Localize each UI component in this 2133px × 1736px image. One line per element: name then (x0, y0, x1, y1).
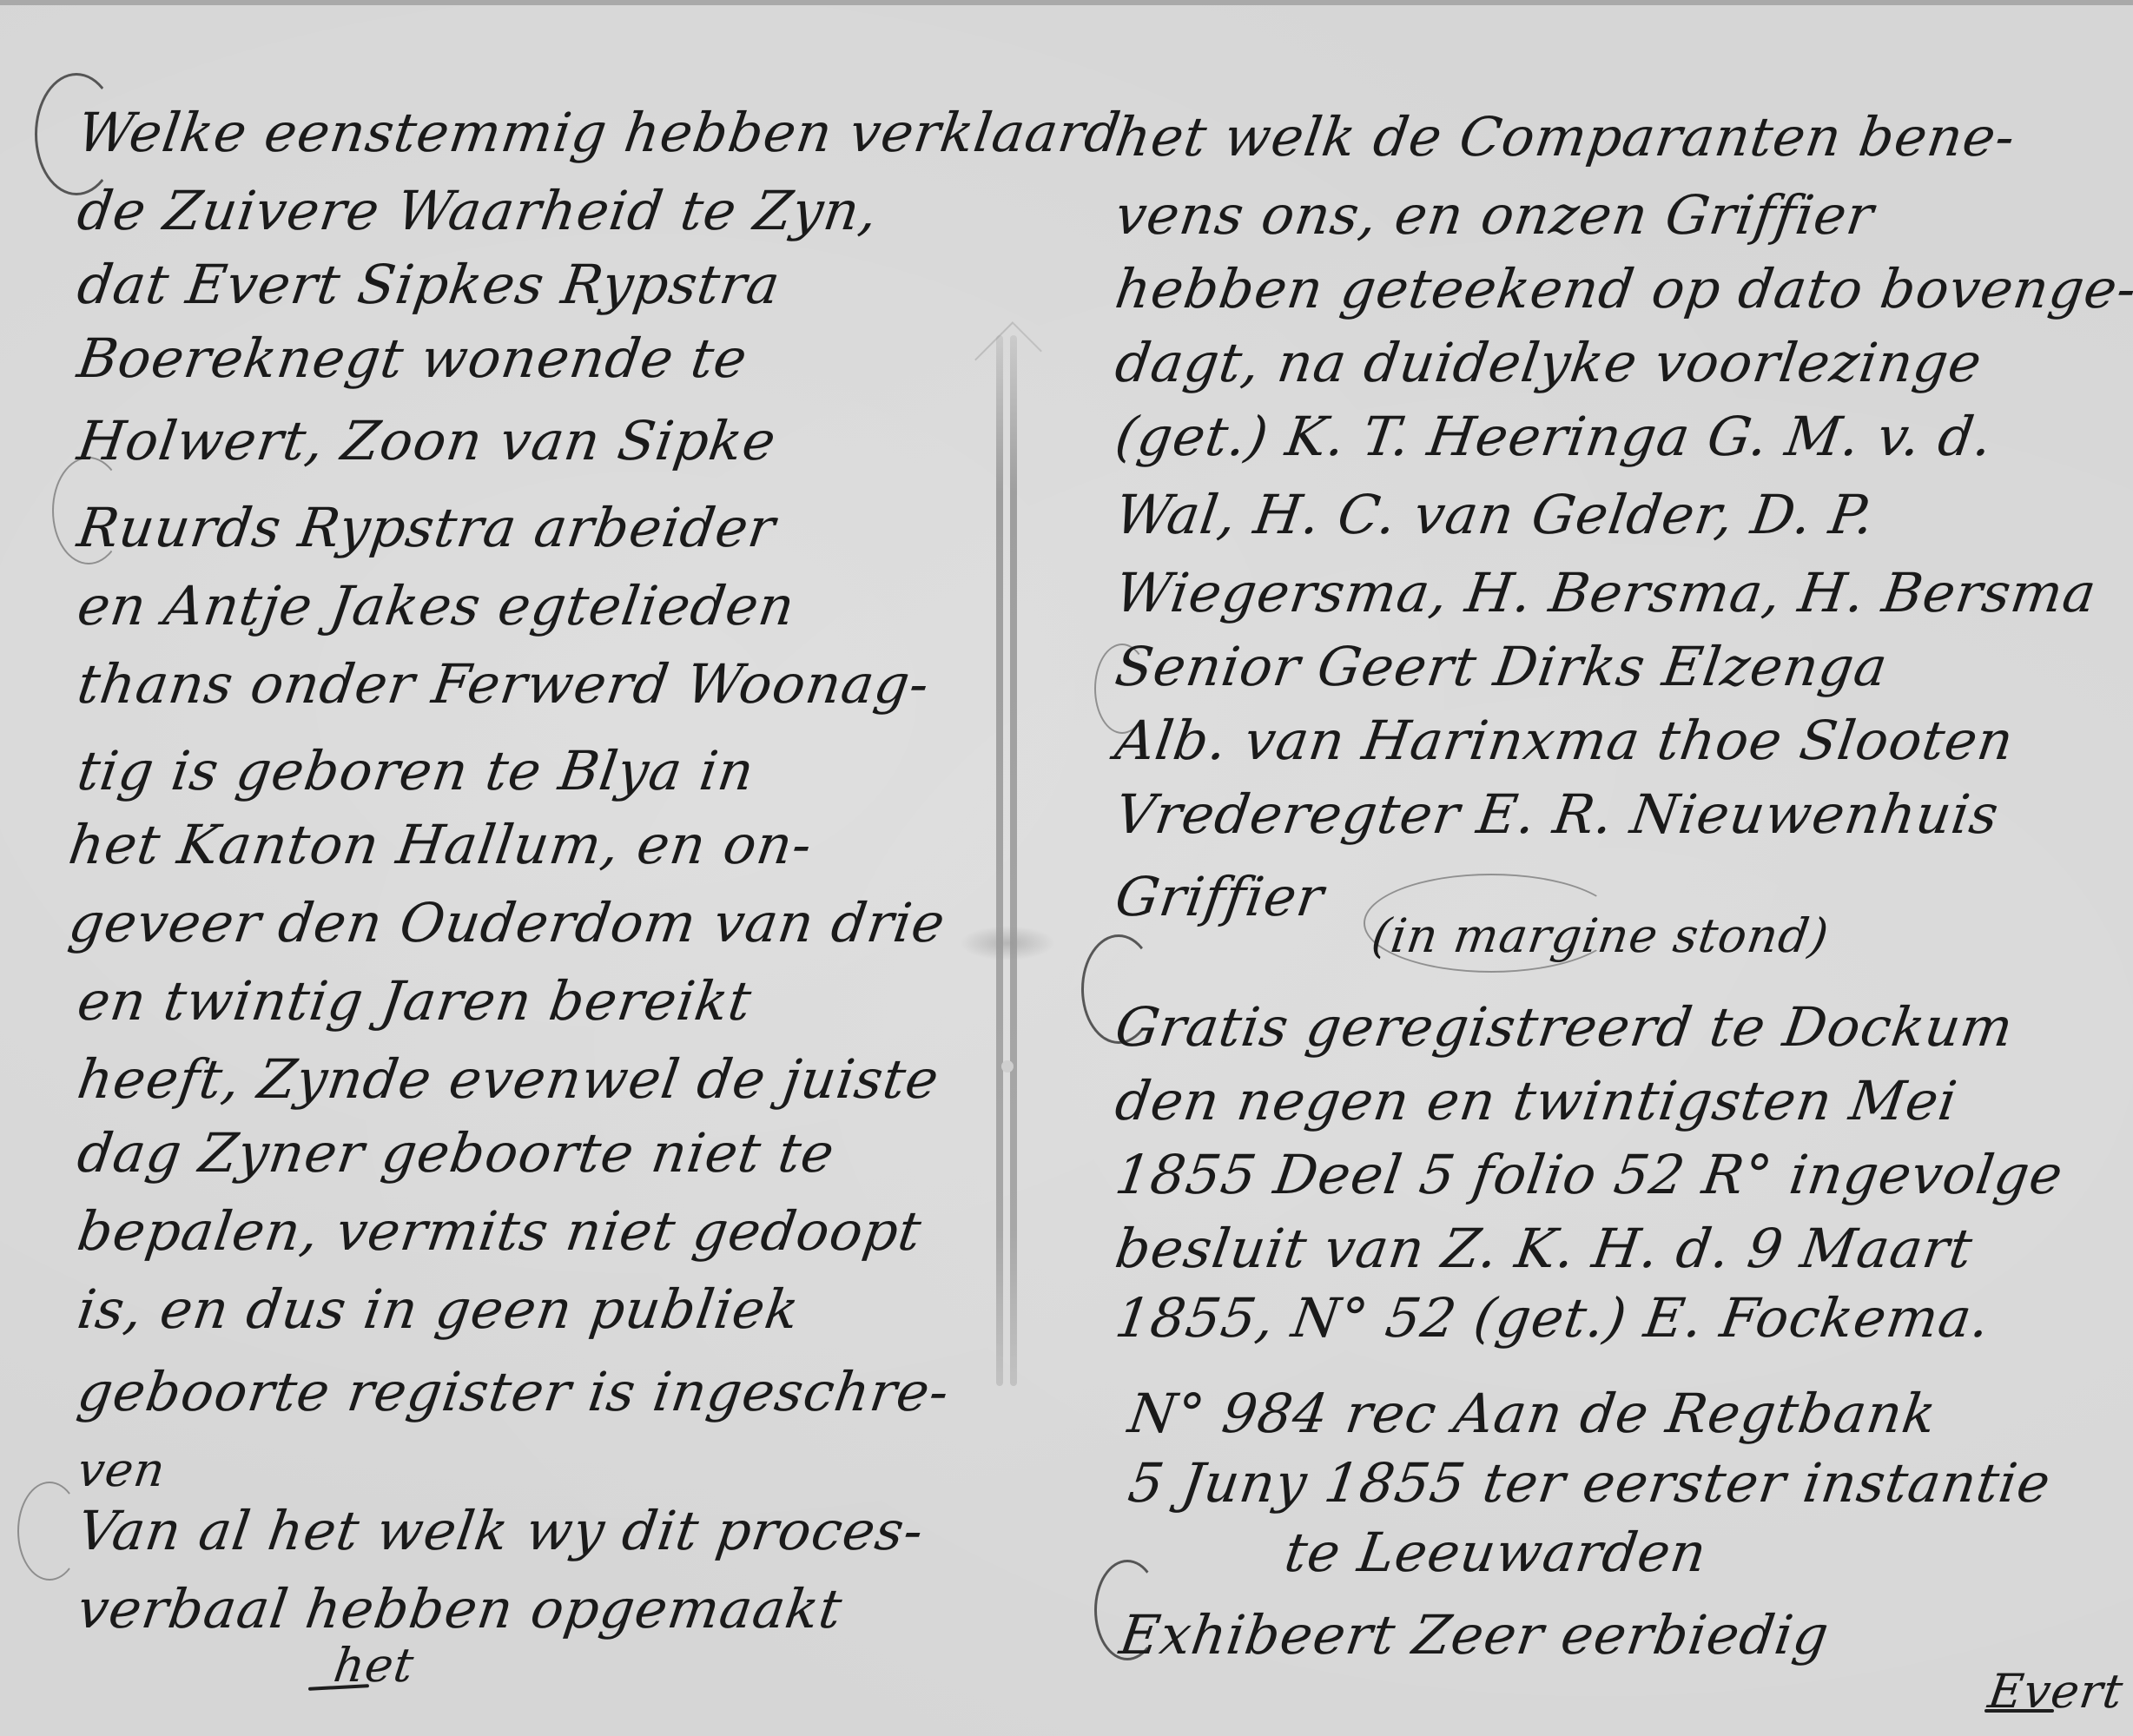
text-line: N° 984 rec Aan de Regtbank (1125, 1382, 1941, 1445)
text-line: hebben geteekend op dato bovenge- (1112, 257, 2133, 320)
text-line: Boereknegt wonende te (74, 327, 751, 390)
text-line: heeft, Zynde evenwel de juiste (74, 1047, 943, 1111)
text-line: dat Evert Sipkes Rypstra (74, 253, 784, 316)
thread-strand (1010, 335, 1017, 1386)
text-line: tig is geboren te Blya in (74, 739, 758, 802)
signature-underline (1984, 1709, 2054, 1713)
text-line: 1855 Deel 5 folio 52 R° ingevolge (1112, 1143, 2067, 1206)
thread-strand (996, 335, 1003, 1386)
text-line: en twintig Jaren bereikt (74, 969, 756, 1033)
text-line: den negen en twintigsten Mei (1112, 1069, 1961, 1132)
text-line: Griffier (1112, 865, 1328, 928)
text-line: en Antje Jakes egtelieden (74, 574, 799, 637)
text-line: geboorte register is ingeschre- (74, 1360, 954, 1423)
right-page: het welk de Comparanten bene- vens ons, … (1025, 5, 2133, 1736)
text-line: te Leeuwarden (1281, 1521, 1711, 1584)
text-line: het welk de Comparanten bene- (1112, 105, 2019, 168)
margin-note: (in margine stond) (1369, 908, 1833, 963)
text-line: 5 Juny 1855 ter eerster instantie (1125, 1451, 2055, 1515)
text-line: (get.) K. T. Heeringa G. M. v. d. (1112, 405, 1997, 468)
text-line: dag Zyner geboorte niet te (74, 1121, 839, 1185)
text-line: Alb. van Harinxma thoe Slooten (1112, 709, 2018, 772)
text-line: Gratis geregistreerd te Dockum (1112, 995, 2017, 1059)
text-line: Ruurds Rypstra arbeider (74, 496, 780, 559)
left-page: Welke eenstemmig hebben verklaard de Zui… (0, 5, 999, 1736)
text-line: Holwert, Zoon van Sipke (74, 409, 780, 472)
text-line: Vrederegter E. R. Nieuwenhuis (1112, 782, 2003, 846)
text-line: het (331, 1638, 418, 1693)
text-line: Van al het welk wy dit proces- (74, 1499, 928, 1562)
text-line: de Zuivere Waarheid te Zyn, (74, 179, 882, 242)
text-line: verbaal hebben opgemaakt (74, 1577, 847, 1640)
text-line: het Kanton Hallum, en on- (65, 813, 816, 876)
text-line: Wal, H. C. van Gelder, D. P. (1112, 483, 1879, 546)
text-line: is, en dus in geen publiek (74, 1277, 803, 1341)
thread-pinch (1001, 1060, 1014, 1073)
text-line: ven (75, 1442, 169, 1497)
text-line: geveer den Ouderdom van drie (65, 891, 949, 954)
text-line: besluit van Z. K. H. d. 9 Maart (1112, 1217, 1977, 1280)
text-line: Senior Geert Dirks Elzenga (1112, 635, 1892, 698)
text-line: vens ons, en onzen Griffier (1112, 183, 1879, 247)
text-line: Welke eenstemmig hebben verklaard (74, 101, 1125, 164)
text-line: Exhibeert Zeer eerbiedig (1116, 1603, 1833, 1667)
text-line: bepalen, vermits niet gedoopt (74, 1199, 926, 1263)
paragraph-flourish-icon (17, 1482, 82, 1581)
binding-thread (986, 335, 1029, 1386)
text-line: Wiegersma, H. Bersma, H. Bersma (1112, 561, 2101, 624)
text-line: dagt, na duidelyke voorlezinge (1112, 331, 1986, 394)
document-spread: Welke eenstemmig hebben verklaard de Zui… (0, 0, 2133, 1736)
text-line: thans onder Ferwerd Woonag- (74, 652, 934, 716)
text-line: 1855, N° 52 (get.) E. Fockema. (1112, 1286, 1994, 1350)
